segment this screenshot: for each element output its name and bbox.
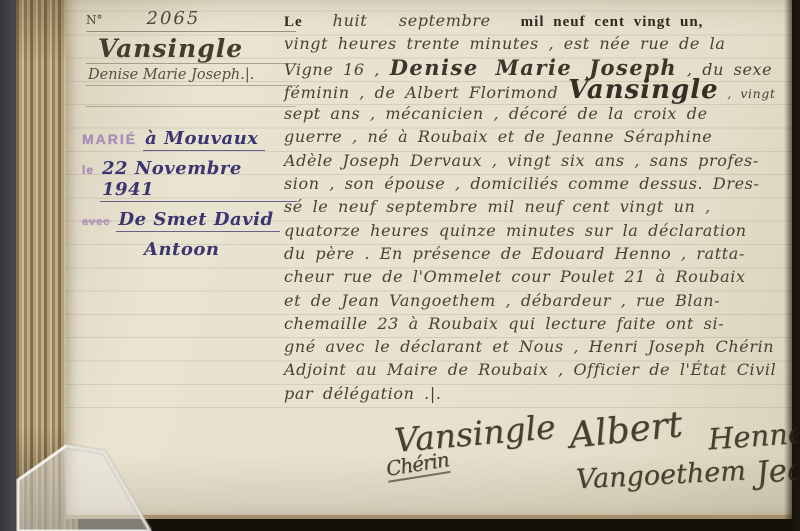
- margin-given-names: Denise Marie Joseph.|.: [86, 64, 296, 86]
- mention-date: 22 Novembre 1941: [100, 158, 297, 202]
- mention-row-spouse2: Antoon: [82, 239, 297, 261]
- act-number-row: N° 2065: [86, 8, 296, 32]
- mention-row-spouse: avec De Smet David: [82, 209, 297, 232]
- margin-rule: [86, 86, 296, 107]
- act-line: vingt heures trente minutes , est née ru…: [284, 32, 792, 55]
- act-line: cheur rue de l'Ommelet cour Poulet 21 à …: [284, 265, 792, 288]
- act-line: gné avec le déclarant et Nous , Henri Jo…: [284, 335, 792, 358]
- margin-surname: Vansingle: [86, 32, 296, 64]
- mention-place: à Mouvaux: [143, 128, 264, 151]
- act-line: Adèle Joseph Dervaux , vingt six ans , s…: [284, 149, 792, 172]
- act-line: sept ans , mécanicien , décoré de la cro…: [284, 102, 792, 125]
- stamp-word-marie: MARIÉ: [82, 131, 137, 147]
- mention-row-date: le 22 Novembre 1941: [82, 158, 297, 202]
- act-line: quatorze heures quinze minutes sur la dé…: [284, 219, 792, 242]
- stamp-word-avec: avec: [82, 216, 110, 228]
- registry-photo: N° 2065 Vansingle Denise Marie Joseph.|.…: [0, 0, 800, 531]
- signature-officer-paraph: Chérin: [384, 447, 450, 483]
- mention-row-place: MARIÉ à Mouvaux: [82, 128, 297, 151]
- margin-column: N° 2065 Vansingle Denise Marie Joseph.|.: [86, 8, 296, 107]
- act-line: par délégation .|.: [284, 382, 792, 405]
- act-line: du père . En présence de Edouard Henno ,…: [284, 242, 792, 265]
- act-number-label: N°: [86, 13, 103, 27]
- act-number-value: 2065: [147, 8, 201, 29]
- act-lines: Lehuit septembremil neuf cent vingt un,v…: [284, 9, 792, 405]
- act-line: Lehuit septembremil neuf cent vingt un,: [284, 9, 792, 32]
- act-line: et de Jean Vangoethem , débardeur , rue …: [284, 289, 792, 312]
- act-line: guerre , né à Roubaix et de Jeanne Sérap…: [284, 125, 792, 148]
- register-page: N° 2065 Vansingle Denise Marie Joseph.|.…: [66, 0, 792, 519]
- mention-spouse-firstname: Antoon: [142, 239, 225, 261]
- mention-spouse-surname: De Smet David: [116, 209, 279, 232]
- act-line: chemaille 23 à Roubaix qui lecture faite…: [284, 312, 792, 335]
- gutter-shadow: [784, 0, 800, 531]
- plexiglass-weight: [8, 436, 168, 531]
- stamp-word-le: le: [82, 163, 94, 177]
- act-line: féminin , de Albert Florimond Vansingle …: [284, 79, 792, 102]
- act-line: sion , son épouse , domiciliés comme des…: [284, 172, 792, 195]
- act-line: Adjoint au Maire de Roubaix , Officier d…: [284, 358, 792, 381]
- signature-witness2-surname: Vangoethem: [575, 456, 746, 496]
- marriage-mention: MARIÉ à Mouvaux le 22 Novembre 1941 avec…: [82, 128, 297, 268]
- act-line: sé le neuf septembre mil neuf cent vingt…: [284, 195, 792, 218]
